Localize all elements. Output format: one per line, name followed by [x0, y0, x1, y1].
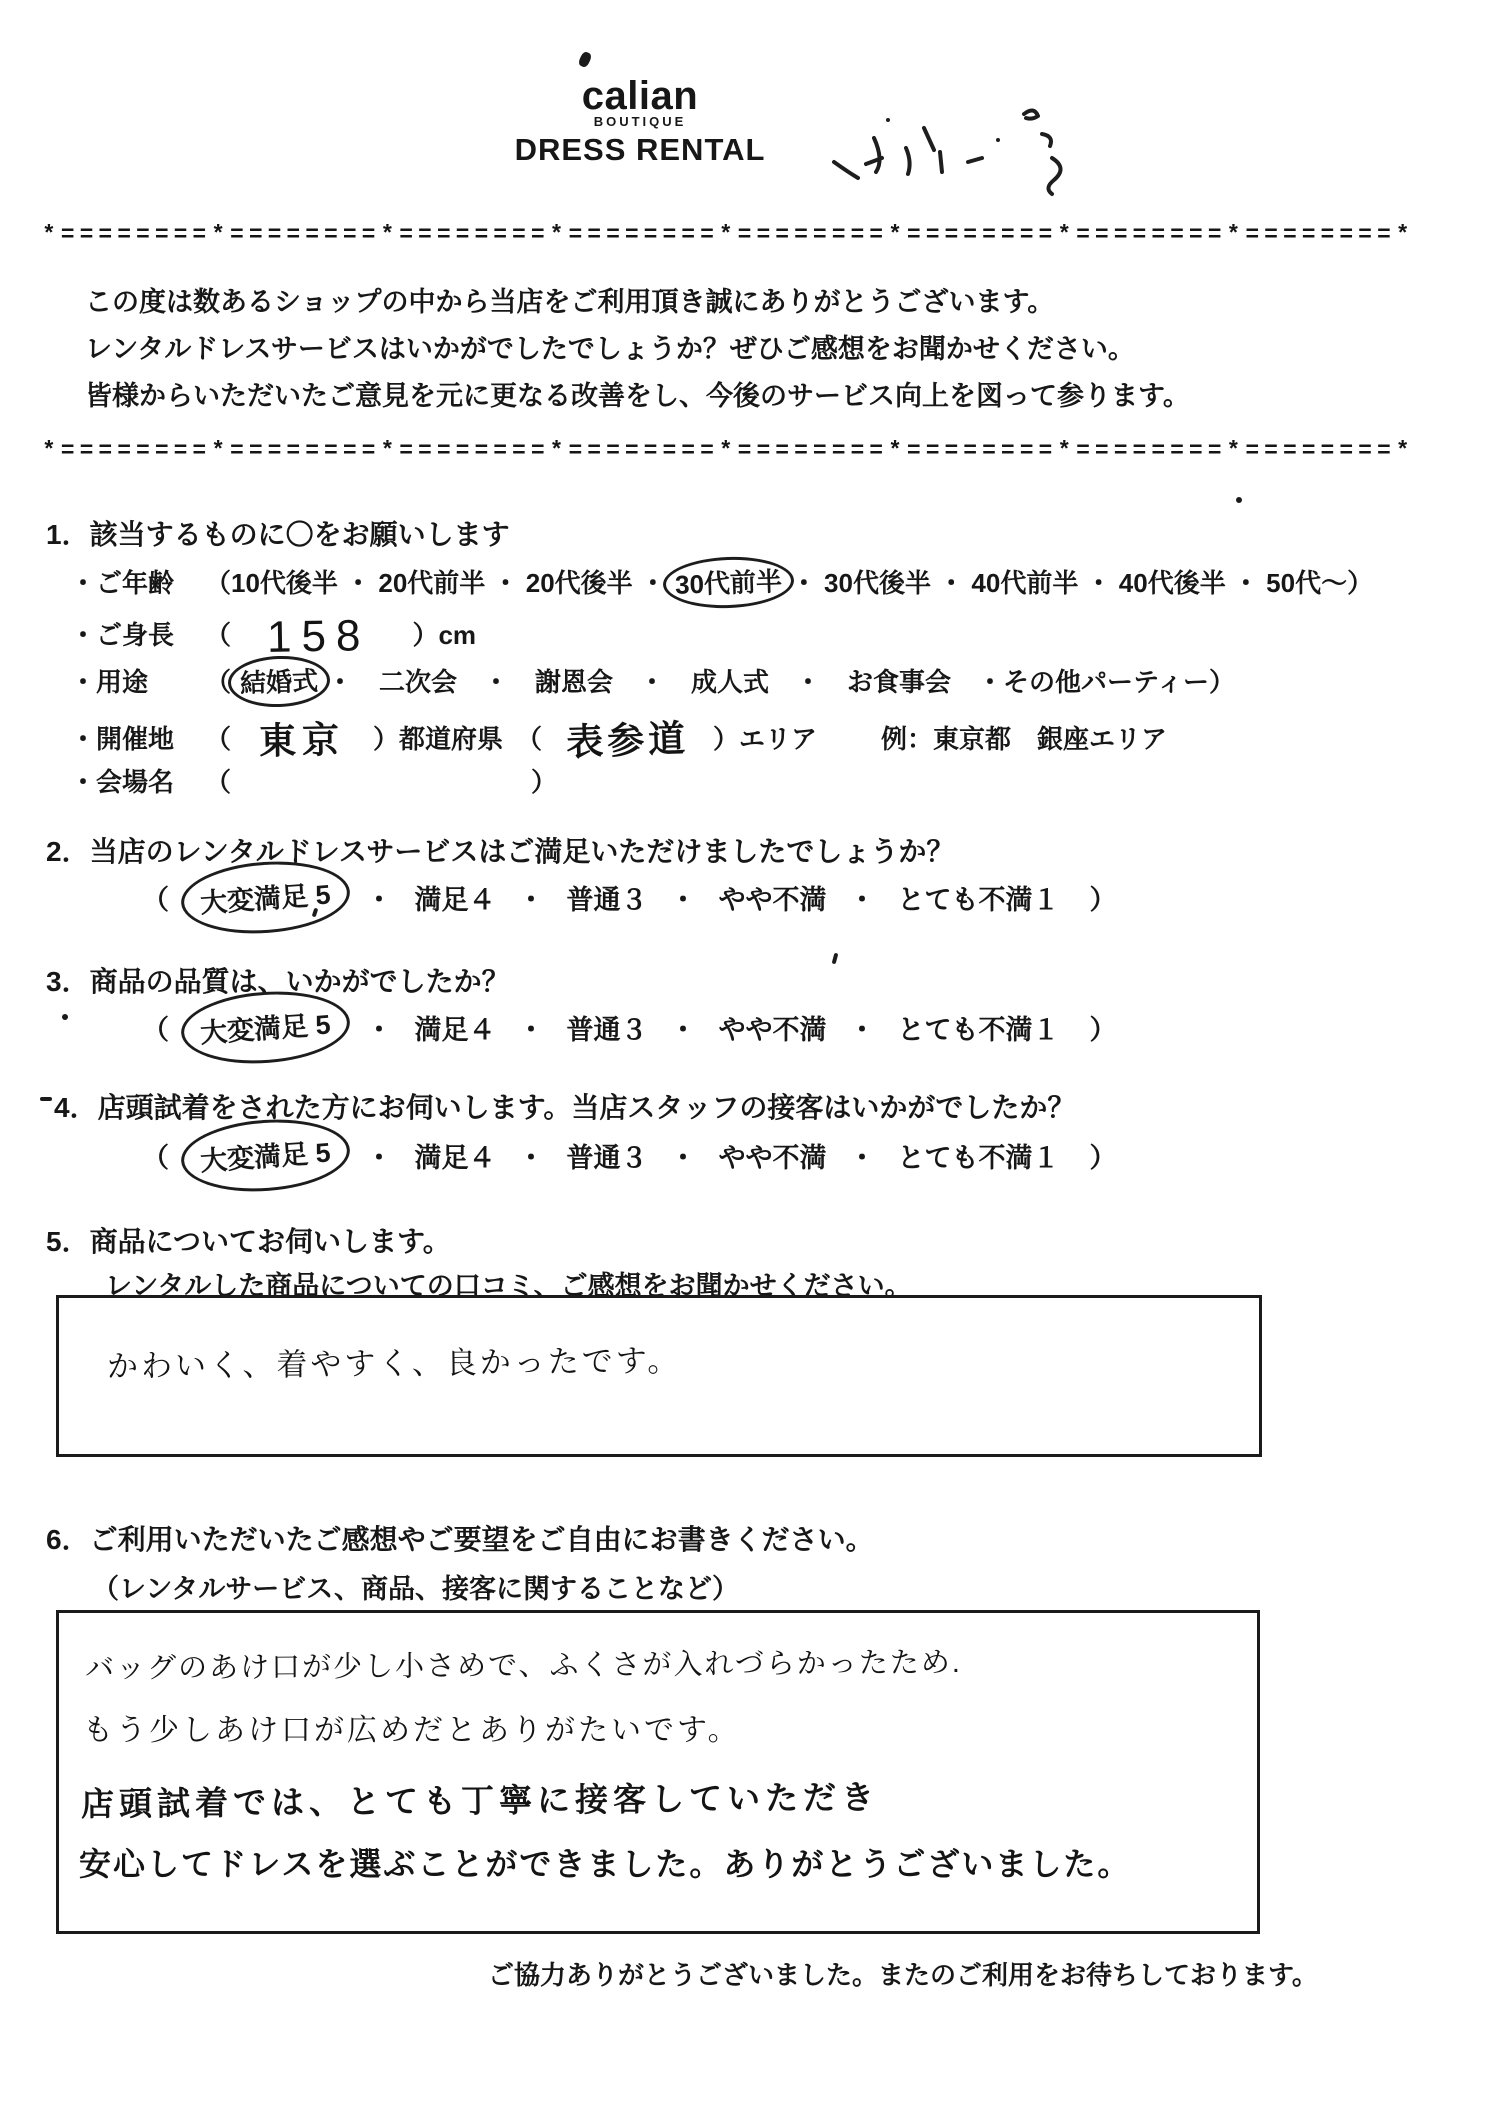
circled-answer-q4: 大変満足 5	[179, 1114, 352, 1197]
paren-open: （	[142, 1008, 169, 1047]
page-title: DRESS RENTAL	[470, 132, 810, 168]
option-separator: ・	[366, 1008, 393, 1047]
paren-close: ）	[1090, 878, 1117, 917]
handwritten-prefecture: 東京	[259, 709, 346, 764]
paren-open: （	[205, 724, 231, 754]
q1-age-label: ・ご年齢	[70, 563, 205, 600]
scale-option: 普通３	[567, 878, 648, 917]
scale-option: 満足４	[415, 878, 496, 917]
option-separator: ・	[670, 1008, 697, 1047]
paren-close: ）	[1090, 1136, 1117, 1175]
ink-speck	[577, 51, 592, 69]
option-separator: ・	[849, 1008, 876, 1047]
paren-close: ）	[1090, 1008, 1117, 1047]
scanned-survey-form: calian BOUTIQUE DRESS RENTAL *========*=…	[0, 0, 1500, 2127]
paren-open: （	[142, 1136, 169, 1175]
q6-title: 6．ご利用いただいたご感想やご要望をご自由にお書きください。	[46, 1518, 874, 1558]
option-separator: ・	[849, 1136, 876, 1175]
q2-scale-row: （ 大変満足 5 ・ 満足４ ・ 普通３ ・ やや不満 ・ とても不満１ ）	[142, 878, 1117, 917]
q1-height-label: ・ご身長	[70, 615, 205, 652]
q5-title: 5．商品についてお伺いします。	[46, 1220, 451, 1260]
q2-title: 2．当店のレンタルドレスサービスはご満足いただけましたでしょうか？	[46, 830, 954, 870]
scale-option: 普通３	[567, 1008, 648, 1047]
ink-speck	[62, 1014, 68, 1020]
scale-option: 満足４	[415, 1008, 496, 1047]
q1-place-row: ・開催地（東京）都道府県 （表参道）エリア例：東京都 銀座エリア	[70, 710, 1167, 764]
scale-option: とても不満１	[898, 1136, 1060, 1175]
circled-answer-age: 30代前半	[662, 555, 795, 611]
scale-option: やや不満	[719, 1136, 827, 1175]
q1-purpose-row: ・用途（結婚式・ 二次会 ・ 謝恩会 ・ 成人式 ・ お食事会 ・その他パーティ…	[70, 662, 1235, 699]
footer-note: ご協力ありがとうございました。またのご利用をお待ちしております。	[488, 1955, 1318, 1992]
option-separator: ・	[670, 878, 697, 917]
handwritten-line-1: バッグのあけ口が少し小さめで、ふくさが入れづらかったため.	[85, 1640, 962, 1687]
header: calian BOUTIQUE DRESS RENTAL	[470, 76, 810, 168]
option-separator: ・	[518, 878, 545, 917]
shop-logo: calian	[470, 76, 810, 116]
q1-place-label: ・開催地	[70, 719, 205, 756]
q1-purpose-options-after: ・ 二次会 ・ 謝恩会 ・ 成人式 ・ お食事会 ・その他パーティー）	[327, 667, 1235, 697]
q1-purpose-label: ・用途	[70, 662, 205, 699]
handwritten-line-4: 安心してドレスを選ぶことができました。ありがとうございました。	[79, 1839, 1131, 1885]
ink-speck	[40, 1097, 52, 1101]
separator-top: *========*========*========*========*===…	[42, 222, 1472, 248]
scale-option: とても不満１	[898, 878, 1060, 917]
pen-scribble	[828, 100, 1078, 220]
option-separator: ・	[366, 1136, 393, 1175]
paren-close: ）cm	[412, 620, 476, 650]
handwritten-area: 表参道	[565, 708, 690, 766]
q6-answer-box: バッグのあけ口が少し小さめで、ふくさが入れづらかったため. もう少しあけ口が広め…	[56, 1610, 1260, 1934]
q1-age-row: ・ご年齢（10代後半 ・ 20代前半 ・ 20代後半 ・30代前半・ 30代後半…	[70, 563, 1373, 600]
handwritten-line-2: もう少しあけ口が広めだとありがたいです。	[83, 1705, 741, 1749]
option-separator: ・	[670, 1136, 697, 1175]
intro-line-2: レンタルドレスサービスはいかがでしたでしょうか？ぜひご感想をお聞かせください。	[85, 327, 1135, 366]
q1-venue-row: ・会場名（）	[70, 762, 557, 799]
paren-close: ）	[531, 767, 557, 797]
ink-speck	[832, 953, 839, 965]
paren-open: （	[205, 620, 231, 650]
q4-scale-row: （ 大変満足 5 ・ 満足４ ・ 普通３ ・ やや不満 ・ とても不満１ ）	[142, 1136, 1117, 1175]
option-separator: ・	[849, 878, 876, 917]
option-separator: ・	[366, 878, 393, 917]
intro-line-3: 皆様からいただいたご意見を元に更なる改善をし、今後のサービス向上を図って参ります…	[85, 374, 1190, 413]
scale-option: とても不満１	[898, 1008, 1060, 1047]
paren-open: （	[205, 568, 231, 598]
separator-bottom: *========*========*========*========*===…	[42, 438, 1472, 464]
intro-line-1: この度は数あるショップの中から当店をご利用頂き誠にありがとうございます。	[85, 280, 1054, 319]
option-separator: ・	[518, 1008, 545, 1047]
scale-option: やや不満	[719, 878, 827, 917]
handwritten-comment-q5: かわいく、着やすく、良かったです。	[107, 1335, 682, 1386]
q1-age-options-before: 10代後半 ・ 20代前半 ・ 20代後半 ・	[231, 568, 666, 598]
q1-title: 1．該当するものに〇をお願いします	[46, 513, 510, 553]
scale-option: 普通３	[567, 1136, 648, 1175]
q1-venue-label: ・会場名	[70, 762, 205, 799]
q1-place-example: 例：東京都 銀座エリア	[881, 724, 1167, 754]
q6-subtitle: （レンタルサービス、商品、接客に関することなど）	[92, 1567, 739, 1606]
scale-option: 満足４	[415, 1136, 496, 1175]
paren-open: （	[142, 878, 169, 917]
q1-height-row: ・ご身長（158）cm	[70, 612, 476, 662]
option-separator: ・	[518, 1136, 545, 1175]
ink-speck	[1236, 497, 1242, 503]
scale-option: やや不満	[719, 1008, 827, 1047]
q3-scale-row: （ 大変満足 5 ・ 満足４ ・ 普通３ ・ やや不満 ・ とても不満１ ）	[142, 1008, 1117, 1047]
circled-answer-purpose: 結婚式	[227, 654, 331, 709]
q1-place-mid: ）都道府県 （	[373, 724, 542, 754]
q5-answer-box: かわいく、着やすく、良かったです。	[56, 1295, 1262, 1457]
paren-open: （	[205, 767, 231, 797]
handwritten-line-3: 店頭試着では、とても丁寧に接客していただき	[81, 1772, 879, 1826]
shop-logo-subtext: BOUTIQUE	[470, 114, 810, 129]
paren-close: ）エリア	[713, 724, 817, 754]
q4-title: 4．店頭試着をされた方にお伺いします。当店スタッフの接客はいかがでしたか？	[54, 1086, 1075, 1126]
q1-age-options-after: ・ 30代後半 ・ 40代前半 ・ 40代後半 ・ 50代～）	[791, 568, 1373, 598]
